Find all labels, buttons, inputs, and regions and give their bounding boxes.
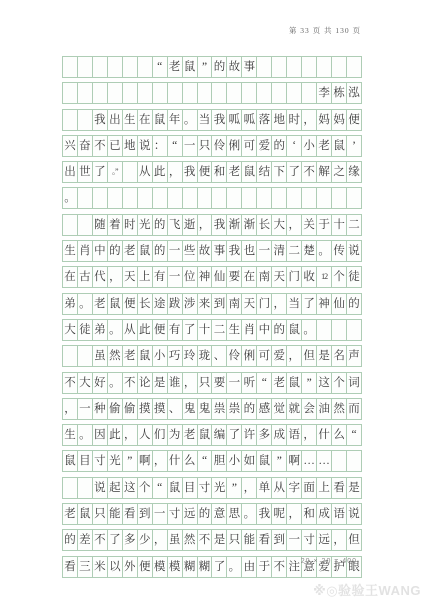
grid-cell: 飞 [168, 215, 182, 235]
grid-cell: 老 [272, 373, 286, 393]
grid-cell: 鼠 [138, 241, 152, 261]
grid-cell: 。 [183, 110, 197, 130]
grid-cell: 故 [227, 57, 241, 77]
grid-cell: 栋 [332, 83, 346, 103]
grid-cell: 地 [272, 110, 286, 130]
grid-cell: 出 [108, 110, 122, 130]
grid-cell: 鼠 [287, 373, 301, 393]
grid-cell [347, 451, 361, 471]
grid-cell: “ [257, 373, 271, 393]
grid-cell: 模 [168, 557, 182, 577]
grid-row: 在古代，天上有一位神仙要在南天门收12个徒 [62, 266, 362, 288]
grid-cell: 途 [153, 294, 167, 314]
grid-cell: 我 [183, 162, 197, 182]
grid-cell: 。 [302, 320, 316, 340]
grid-cell: 只 [198, 373, 212, 393]
grid-cell: 结 [257, 162, 271, 182]
grid-cell: 渐 [227, 215, 241, 235]
grid-cell: 中 [93, 241, 107, 261]
grid-cell [78, 215, 92, 235]
grid-cell: 鼠 [257, 451, 271, 471]
grid-cell: 的 [108, 241, 122, 261]
grid-cell: 呱 [242, 110, 256, 130]
grid-cell: 米 [93, 557, 107, 577]
grid-cell: 爱 [272, 346, 286, 366]
grid-cell: 老 [183, 425, 197, 445]
grid-row: 生肖中的老鼠的一些故事我也一清二楚。传说 [62, 240, 362, 262]
grid-cell: 从 [138, 162, 152, 182]
grid-cell: 仙 [332, 294, 346, 314]
grid-cell: 偷 [108, 399, 122, 419]
grid-cell: 落 [257, 110, 271, 130]
grid-cell: 不 [93, 136, 107, 156]
grid-cell: 妈 [332, 110, 346, 130]
grid-cell: 上 [317, 478, 331, 498]
grid-cell: 只 [198, 136, 212, 156]
grid-cell: 鼠 [198, 425, 212, 445]
grid-cell [138, 57, 152, 77]
grid-row: 李栋泓 [62, 82, 362, 104]
grid-cell: 的 [212, 57, 226, 77]
grid-cell: 缘 [347, 162, 361, 182]
grid-cell: 的 [153, 241, 167, 261]
grid-cell: 就 [287, 399, 301, 419]
grid-cell: 一 [287, 530, 301, 550]
grid-cell [332, 320, 346, 340]
grid-cell: 12 [317, 267, 331, 287]
grid-cell [138, 83, 152, 103]
grid-cell: 光 [108, 451, 122, 471]
grid-cell [212, 83, 226, 103]
grid-cell: 么 [183, 451, 197, 471]
grid-cell: 老 [93, 294, 107, 314]
grid-cell: 便 [123, 294, 137, 314]
grid-cell [272, 188, 286, 208]
grid-cell [287, 57, 301, 77]
grid-cell: 啊 [287, 451, 301, 471]
grid-cell: 鼠 [168, 478, 182, 498]
grid-cell: 远 [317, 530, 331, 550]
grid-cell: 此 [153, 162, 167, 182]
grid-cell [227, 83, 241, 103]
grid-cell: 些 [183, 241, 197, 261]
grid-cell: 仙 [212, 267, 226, 287]
grid-cell: 小 [153, 346, 167, 366]
grid-cell: ” [272, 451, 286, 471]
grid-cell: 徒 [78, 320, 92, 340]
grid-cell: 但 [302, 346, 316, 366]
grid-cell: 祟 [212, 399, 226, 419]
grid-cell: 寸 [168, 504, 182, 524]
grid-cell: 看 [123, 504, 137, 524]
grid-cell [123, 162, 137, 182]
grid-cell: 语 [287, 425, 301, 445]
grid-cell: 寸 [302, 530, 316, 550]
grid-cell: 当 [198, 110, 212, 130]
grid-cell: 。 [78, 294, 92, 314]
grid-cell: 目 [78, 451, 92, 471]
grid-cell: 什 [168, 451, 182, 471]
grid-cell [168, 83, 182, 103]
grid-cell: 二 [287, 241, 301, 261]
grid-cell: 谁 [168, 373, 182, 393]
grid-cell [78, 346, 92, 366]
grid-cell: 泓 [347, 83, 361, 103]
scanned-composition-page: 第 33 页 共 130 页 “老鼠”的故事李栋泓我出生在鼠年。当我呱呱落地时，… [0, 0, 423, 600]
grid-cell: 鼠 [153, 110, 167, 130]
grid-cell: 老 [227, 162, 241, 182]
grid-cell: 感 [257, 399, 271, 419]
grid-cell: 、 [168, 399, 182, 419]
grid-cell [78, 188, 92, 208]
grid-cell: 伶 [212, 136, 226, 156]
grid-cell: “ [168, 136, 182, 156]
grid-row: 我出生在鼠年。当我呱呱落地时，妈妈便 [62, 109, 362, 131]
grid-cell: 了 [93, 162, 107, 182]
grid-cell: ， [332, 530, 346, 550]
grid-cell: 俐 [242, 346, 256, 366]
grid-row: 兴奋不已地说：“一只伶俐可爱的‘小老鼠’ [62, 135, 362, 157]
grid-cell: 十 [332, 215, 346, 235]
grid-cell: 解 [317, 162, 331, 182]
grid-cell: 和 [302, 504, 316, 524]
grid-cell: 鼠 [332, 136, 346, 156]
grid-cell [78, 83, 92, 103]
grid-cell: 光 [138, 215, 152, 235]
grid-cell: 故 [198, 241, 212, 261]
grid-cell [317, 320, 331, 340]
grid-cell: 寸 [198, 478, 212, 498]
grid-cell: 摸 [138, 399, 152, 419]
grid-row: 大徒弟。从此便有了十二生肖中的鼠。 [62, 319, 362, 341]
grid-cell: 肖 [242, 320, 256, 340]
grid-cell: 是 [212, 530, 226, 550]
watermark: ※◎验验王WANG [313, 580, 421, 599]
grid-cell: 远 [183, 504, 197, 524]
grid-cell: 于 [317, 215, 331, 235]
grid-cell: ， [287, 215, 301, 235]
grid-cell: 由 [242, 557, 256, 577]
grid-cell: 长 [138, 294, 152, 314]
grid-cell: 关 [302, 215, 316, 235]
grid-cell: 妈 [317, 110, 331, 130]
grid-cell: 鼠 [78, 504, 92, 524]
grid-cell: 渐 [242, 215, 256, 235]
grid-row: “老鼠”的故事 [62, 56, 362, 78]
grid-cell: 了 [302, 294, 316, 314]
grid-cell: 鼠 [242, 162, 256, 182]
grid-row: 老鼠只能看到一寸远的意思。我呢，和成语说 [62, 503, 362, 525]
grid-cell: 位 [183, 267, 197, 287]
grid-cell: 长 [257, 215, 271, 235]
grid-row: 说起这个“鼠目寸光”，单从字面上看是 [62, 477, 362, 499]
grid-cell [317, 188, 331, 208]
grid-cell: 二 [347, 215, 361, 235]
grid-cell: 我 [212, 110, 226, 130]
grid-cell: 便 [138, 557, 152, 577]
grid-cell: 光 [212, 478, 226, 498]
grid-cell: 便 [153, 320, 167, 340]
grid-cell: 我 [93, 110, 107, 130]
grid-cell: 看 [257, 530, 271, 550]
grid-cell: 起 [108, 478, 122, 498]
grid-cell: ， [168, 162, 182, 182]
grid-cell [198, 188, 212, 208]
page-number-indicator: 第 33 页 共 130 页 [289, 25, 361, 36]
grid-cell [183, 188, 197, 208]
grid-cell: 呱 [227, 110, 241, 130]
grid-cell [347, 188, 361, 208]
grid-cell [63, 83, 77, 103]
grid-cell: 弟 [63, 294, 77, 314]
grid-cell [257, 57, 271, 77]
grid-cell: 然 [183, 530, 197, 550]
grid-cell [332, 188, 346, 208]
grid-cell: 因 [93, 425, 107, 445]
grid-cell: 糊 [183, 557, 197, 577]
grid-cell: 思 [227, 504, 241, 524]
grid-cell: 小 [227, 451, 241, 471]
grid-cell [257, 83, 271, 103]
grid-cell: 已 [108, 136, 122, 156]
grid-cell: 南 [227, 294, 241, 314]
grid-cell: 要 [227, 267, 241, 287]
grid-cell: 偷 [123, 399, 137, 419]
grid-cell: 意 [212, 504, 226, 524]
grid-cell: 胆 [212, 451, 226, 471]
grid-cell: 是 [347, 478, 361, 498]
grid-cell: 神 [198, 267, 212, 287]
grid-cell: 古 [78, 267, 92, 287]
grid-cell: 目 [183, 478, 197, 498]
grid-cell: ， [287, 346, 301, 366]
grid-cell: 语 [332, 504, 346, 524]
grid-cell: 收 [302, 267, 316, 287]
grid-cell: 的 [153, 215, 167, 235]
grid-cell: 老 [123, 346, 137, 366]
grid-row: 虽然老鼠小巧玲珑、伶俐可爱，但是名声 [62, 345, 362, 367]
grid-cell: 在 [242, 267, 256, 287]
grid-cell [332, 57, 346, 77]
grid-cell: 到 [138, 504, 152, 524]
grid-cell: 的 [272, 136, 286, 156]
grid-cell: 也 [242, 241, 256, 261]
grid-cell: 。 [63, 188, 77, 208]
grid-cell: ， [183, 373, 197, 393]
grid-cell: 是 [317, 346, 331, 366]
grid-cell: 声 [347, 346, 361, 366]
grid-cell: 到 [272, 530, 286, 550]
grid-cell: 个 [332, 373, 346, 393]
grid-cell: 上 [138, 267, 152, 287]
grid-cell: 能 [242, 530, 256, 550]
grid-cell: 俐 [227, 136, 241, 156]
grid-cell [212, 188, 226, 208]
grid-cell [183, 83, 197, 103]
grid-cell: 说 [93, 478, 107, 498]
grid-cell: 此 [138, 320, 152, 340]
grid-cell: 。 [108, 320, 122, 340]
grid-cell: 么 [332, 425, 346, 445]
grid-cell [347, 320, 361, 340]
grid-cell: 了 [212, 557, 226, 577]
grid-cell: 论 [138, 373, 152, 393]
grid-cell: 年 [168, 110, 182, 130]
grid-cell: 一 [78, 399, 92, 419]
grid-cell: 老 [317, 136, 331, 156]
grid-cell: 人 [138, 425, 152, 445]
grid-cell: 地 [123, 136, 137, 156]
grid-cell: 的 [63, 530, 77, 550]
grid-cell: 了 [227, 425, 241, 445]
grid-cell: ， [123, 425, 137, 445]
grid-cell: 而 [347, 399, 361, 419]
grid-row: 生。因此，人们为老鼠编了许多成语，什么“ [62, 424, 362, 446]
grid-cell: 这 [123, 478, 137, 498]
grid-cell: 清 [272, 241, 286, 261]
grid-cell: 不 [123, 373, 137, 393]
grid-row: 出世了。”从此，我便和老鼠结下了不解之缘 [62, 161, 362, 183]
grid-cell: 虽 [93, 346, 107, 366]
grid-cell [108, 188, 122, 208]
grid-cell [78, 110, 92, 130]
grid-cell: 糊 [198, 557, 212, 577]
grid-cell: 。” [108, 162, 122, 182]
grid-cell: 有 [153, 267, 167, 287]
grid-cell: 当 [287, 294, 301, 314]
grid-cell: 好 [93, 373, 107, 393]
grid-cell: 这 [317, 373, 331, 393]
grid-cell: 名 [332, 346, 346, 366]
grid-cell: 多 [257, 425, 271, 445]
grid-cell: 个 [138, 478, 152, 498]
grid-cell: 生 [63, 425, 77, 445]
grid-cell: 老 [123, 241, 137, 261]
grid-cell: 的 [347, 294, 361, 314]
grid-cell: 便 [347, 110, 361, 130]
grid-row: 随着时光的飞逝，我渐渐长大，关于十二 [62, 214, 362, 236]
grid-cell: ， [302, 110, 316, 130]
grid-cell: 的 [242, 399, 256, 419]
grid-cell: 二 [212, 320, 226, 340]
grid-cell [63, 215, 77, 235]
grid-cell: 老 [168, 57, 182, 77]
grid-cell: 以 [108, 557, 122, 577]
grid-cell: 。 [242, 504, 256, 524]
grid-cell: 单 [257, 478, 271, 498]
grid-cell: 。 [227, 557, 241, 577]
grid-cell: 了 [108, 530, 122, 550]
grid-cell: 什 [317, 425, 331, 445]
grid-cell: 肖 [78, 241, 92, 261]
grid-cell: 在 [63, 267, 77, 287]
grid-cell [63, 57, 77, 77]
grid-cell: 祟 [227, 399, 241, 419]
grid-cell [227, 188, 241, 208]
grid-cell: 从 [123, 320, 137, 340]
grid-cell: 事 [212, 241, 226, 261]
grid-cell: 种 [93, 399, 107, 419]
grid-cell: “ [153, 478, 167, 498]
grid-cell: 鼠 [287, 320, 301, 340]
grid-cell: 可 [257, 346, 271, 366]
grid-cell: 词 [347, 373, 361, 393]
grid-count-label: 20 × 20 = 400 [301, 558, 357, 565]
grid-cell: 的 [272, 320, 286, 340]
grid-cell: 少 [138, 530, 152, 550]
grid-cell: 字 [287, 478, 301, 498]
grid-cell: ， [242, 478, 256, 498]
grid-cell: ， [153, 451, 167, 471]
grid-cell: 神 [317, 294, 331, 314]
grid-cell [138, 188, 152, 208]
grid-cell: 弟 [93, 320, 107, 340]
essay-grid: “老鼠”的故事李栋泓我出生在鼠年。当我呱呱落地时，妈妈便兴奋不已地说：“一只伶俐… [62, 56, 362, 582]
grid-cell: 鼠 [183, 57, 197, 77]
grid-cell [108, 57, 122, 77]
grid-cell: 不 [272, 557, 286, 577]
grid-cell: 只 [93, 504, 107, 524]
grid-cell: 随 [93, 215, 107, 235]
grid-cell [287, 83, 301, 103]
grid-cell: 代 [93, 267, 107, 287]
grid-cell: 说 [347, 241, 361, 261]
grid-cell: ’ [347, 136, 361, 156]
grid-cell: 下 [272, 162, 286, 182]
grid-cell: 成 [317, 504, 331, 524]
grid-row: ，一种偷偷摸摸、鬼鬼祟祟的感觉就会油然而 [62, 398, 362, 420]
grid-cell: 不 [198, 530, 212, 550]
grid-cell: 中 [257, 320, 271, 340]
grid-cell: 世 [78, 162, 92, 182]
grid-cell [63, 478, 77, 498]
grid-cell: 跋 [168, 294, 182, 314]
grid-cell: ” [198, 57, 212, 77]
grid-cell [93, 188, 107, 208]
grid-cell: 珑 [198, 346, 212, 366]
grid-cell: 逝 [183, 215, 197, 235]
grid-cell: 大 [63, 320, 77, 340]
grid-cell: 看 [63, 557, 77, 577]
grid-row: 鼠目寸光”啊，什么“胆小如鼠”啊…… [62, 450, 362, 472]
grid-cell [287, 188, 301, 208]
grid-cell: ” [123, 451, 137, 471]
grid-cell: 面 [302, 478, 316, 498]
grid-cell: 一 [257, 241, 271, 261]
grid-cell: 许 [242, 425, 256, 445]
grid-cell [123, 57, 137, 77]
grid-cell: 差 [78, 530, 92, 550]
grid-cell: 不 [93, 530, 107, 550]
grid-cell: 天 [242, 294, 256, 314]
grid-cell [302, 83, 316, 103]
grid-cell [78, 57, 92, 77]
grid-cell: 和 [212, 162, 226, 182]
grid-cell: 鼠 [63, 451, 77, 471]
grid-cell: ， [198, 215, 212, 235]
grid-cell: 门 [287, 267, 301, 287]
grid-cell: 说 [347, 504, 361, 524]
grid-cell: 。 [108, 373, 122, 393]
grid-cell: 啊 [138, 451, 152, 471]
grid-cell [93, 83, 107, 103]
grid-cell: 了 [287, 162, 301, 182]
grid-cell: ， [302, 425, 316, 445]
grid-cell: 伶 [227, 346, 241, 366]
grid-cell: 如 [242, 451, 256, 471]
grid-cell: 事 [242, 57, 256, 77]
grid-cell: 只 [227, 530, 241, 550]
